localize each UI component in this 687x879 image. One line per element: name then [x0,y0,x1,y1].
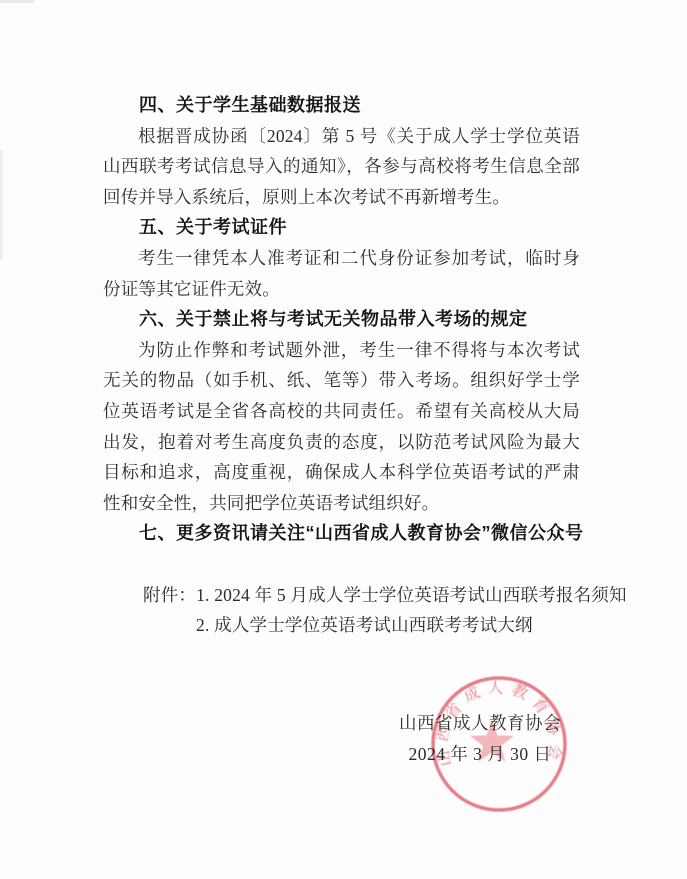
document-body: 四、关于学生基础数据报送 根据晋成协函〔2024〕第 5 号《关于成人学士学位英… [103,90,580,641]
scan-artifact-left [0,150,3,260]
section-4-paragraph: 根据晋成协函〔2024〕第 5 号《关于成人学士学位英语山西联考考试信息导入的通… [103,121,580,213]
section-5-paragraph: 考生一律凭本人准考证和二代身份证参加考试，临时身份证等其它证件无效。 [103,243,580,304]
section-5-heading: 五、关于考试证件 [103,212,580,243]
attachment-item-1: 1. 2024 年 5 月成人学士学位英语考试山西联考报名须知 [196,585,627,605]
section-6-paragraph: 为防止作弊和考试题外泄，考生一律不得将与本次考试无关的物品（如手机、纸、笔等）带… [103,335,580,519]
scan-artifact-top [0,0,34,3]
section-6-heading: 六、关于禁止将与考试无关物品带入考场的规定 [103,304,580,335]
attachments-block: 附件：1. 2024 年 5 月成人学士学位英语考试山西联考报名须知 2. 成人… [103,580,580,641]
attachment-row-1: 附件：1. 2024 年 5 月成人学士学位英语考试山西联考报名须知 [143,580,580,610]
attachment-item-2: 2. 成人学士学位英语考试山西联考考试大纲 [196,615,533,635]
attachment-row-2: 2. 成人学士学位英语考试山西联考考试大纲 [143,610,580,640]
section-4-heading: 四、关于学生基础数据报送 [103,90,580,121]
section-7-heading: 七、更多资讯请关注“山西省成人教育协会”微信公众号 [103,518,580,549]
seal-star-icon [470,720,514,762]
document-page: 四、关于学生基础数据报送 根据晋成协函〔2024〕第 5 号《关于成人学士学位英… [0,0,687,879]
attachments-label: 附件： [143,585,196,605]
official-seal: 山西省成人教育协会 [430,675,568,813]
